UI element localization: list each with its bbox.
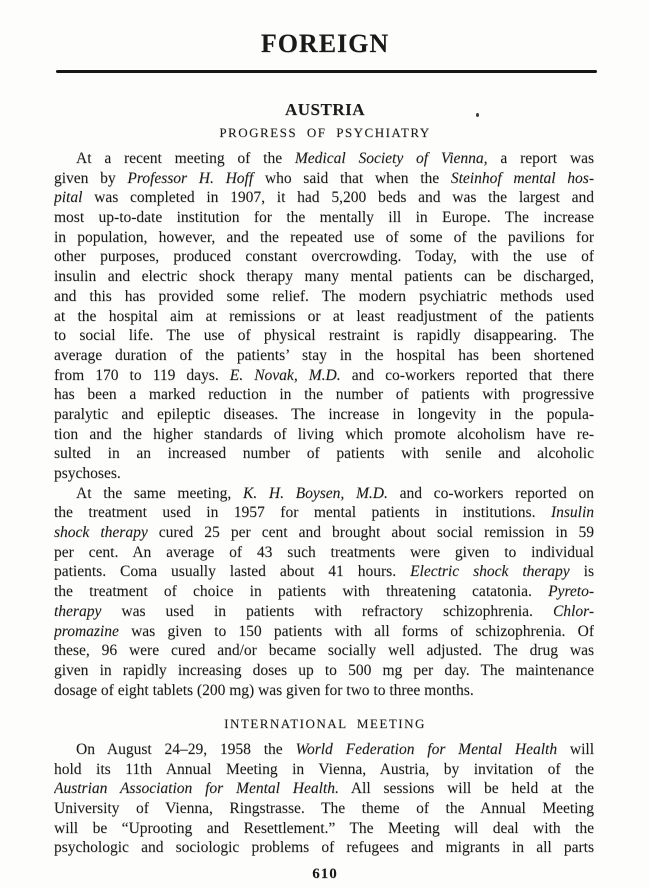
- paragraph: At a recent meeting of the Medical Socie…: [54, 149, 594, 484]
- text-line: most up-to-date institution for the ment…: [54, 208, 594, 228]
- text-line: psychoses.: [54, 464, 594, 484]
- text-line: in population, however, and the repeated…: [54, 228, 594, 248]
- text-line: other purposes, produced constant overcr…: [54, 247, 594, 267]
- text-line: therapy was used in patients with refrac…: [54, 602, 594, 622]
- text-line: At a recent meeting of the Medical Socie…: [54, 149, 594, 169]
- text-line: average duration of the patients’ stay i…: [54, 346, 594, 366]
- international-article-body: On August 24–29, 1958 the World Federati…: [54, 740, 594, 858]
- text-line: these, 96 were cured and/or became socia…: [54, 641, 594, 661]
- text-line: At the same meeting, K. H. Boysen, M.D. …: [54, 484, 594, 504]
- text-line: and this has provided some relief. The m…: [54, 287, 594, 307]
- text-line: at the hospital aim at remissions or at …: [54, 307, 594, 327]
- text-line: per cent. An average of 43 such treatmen…: [54, 543, 594, 563]
- text-line: the treatment used in 1957 for mental pa…: [54, 503, 594, 523]
- section-heading-austria: AUSTRIA: [54, 100, 596, 120]
- text-line: has been a marked reduction in the numbe…: [54, 385, 594, 405]
- header-rule: [56, 70, 597, 73]
- text-line: sulted in an increased number of patient…: [54, 444, 594, 464]
- text-line: given in rapidly increasing doses up to …: [54, 661, 594, 681]
- text-line: tion and the higher standards of living …: [54, 425, 594, 445]
- page-number: 610: [0, 866, 650, 883]
- text-line: Austrian Association for Mental Health. …: [54, 779, 594, 799]
- page-title: FOREIGN: [54, 29, 596, 59]
- paragraph: At the same meeting, K. H. Boysen, M.D. …: [54, 484, 594, 701]
- paragraph: On August 24–29, 1958 the World Federati…: [54, 740, 594, 858]
- text-line: paralytic and epileptic diseases. The in…: [54, 405, 594, 425]
- journal-page: FOREIGN AUSTRIA PROGRESS OF PSYCHIATRY A…: [0, 0, 650, 888]
- text-line: dosage of eight tablets (200 mg) was giv…: [54, 681, 594, 701]
- text-line: will be “Uprooting and Resettlement.” Th…: [54, 819, 594, 839]
- text-line: hold its 11th Annual Meeting in Vienna, …: [54, 760, 594, 780]
- austria-article-body: At a recent meeting of the Medical Socie…: [54, 149, 594, 700]
- text-line: to social life. The use of physical rest…: [54, 326, 594, 346]
- text-line: University of Vienna, Ringstrasse. The t…: [54, 799, 594, 819]
- text-line: given by Professor H. Hoff who said that…: [54, 169, 594, 189]
- text-line: patients. Coma usually lasted about 41 h…: [54, 562, 594, 582]
- text-line: pital was completed in 1907, it had 5,20…: [54, 188, 594, 208]
- text-line: psychologic and sociologic problems of r…: [54, 838, 594, 858]
- article-heading-progress-of-psychiatry: PROGRESS OF PSYCHIATRY: [54, 125, 596, 141]
- text-line: On August 24–29, 1958 the World Federati…: [54, 740, 594, 760]
- text-line: promazine was given to 150 patients with…: [54, 622, 594, 642]
- article-heading-international-meeting: INTERNATIONAL MEETING: [54, 716, 596, 732]
- text-line: the treatment of choice in patients with…: [54, 582, 594, 602]
- text-line: shock therapy cured 25 per cent and brou…: [54, 523, 594, 543]
- text-line: from 170 to 119 days. E. Novak, M.D. and…: [54, 366, 594, 386]
- text-line: insulin and electric shock therapy many …: [54, 267, 594, 287]
